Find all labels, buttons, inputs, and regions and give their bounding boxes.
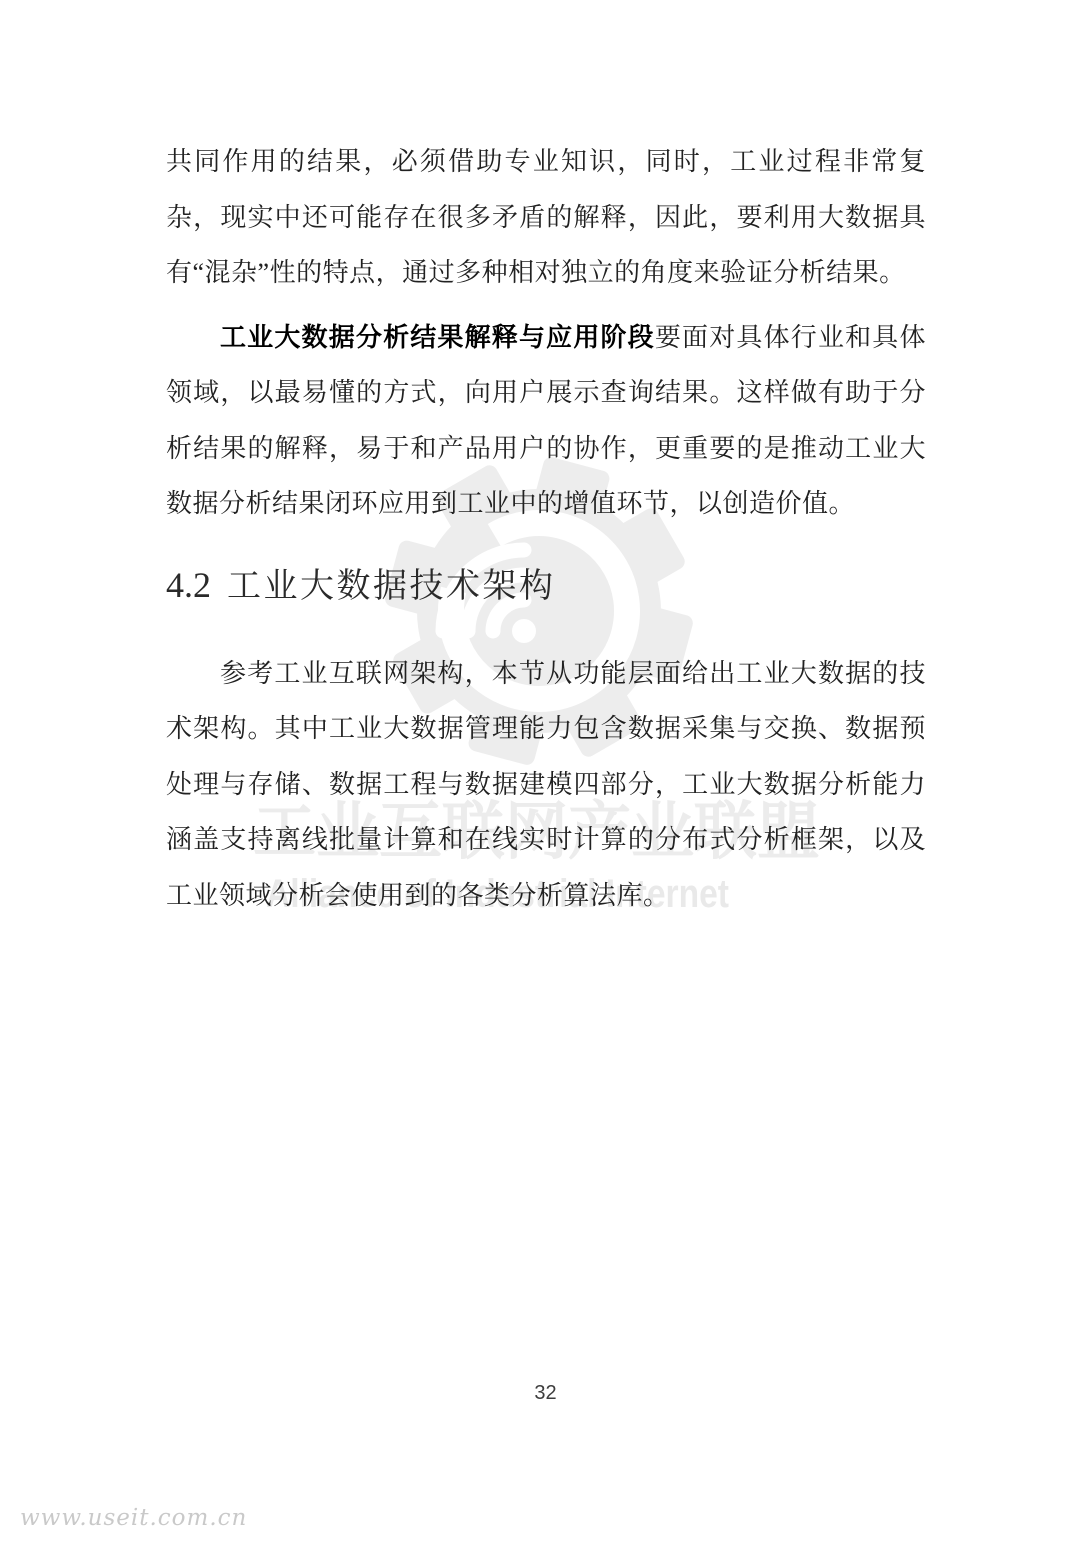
section-number: 4.2 [166, 565, 211, 605]
section-heading-4-2: 4.2工业大数据技术架构 [166, 560, 926, 615]
section-title: 工业大数据技术架构 [227, 568, 556, 605]
document-body: 共同作用的结果，必须借助专业知识，同时，工业过程非常复杂，现实中还可能存在很多矛… [166, 134, 926, 923]
page-number: 32 [0, 1382, 1091, 1405]
body-paragraph-2: 工业大数据分析结果解释与应用阶段要面对具体行业和具体领域，以最易懂的方式，向用户… [166, 310, 926, 532]
body-paragraph-3: 参考工业互联网架构，本节从功能层面给出工业大数据的技术架构。其中工业大数据管理能… [166, 646, 926, 924]
paragraph-2-bold-lead: 工业大数据分析结果解释与应用阶段 [220, 322, 655, 352]
document-page: 工业互联网产业联盟 Alliance of Industrial Interne… [0, 0, 1091, 1544]
body-paragraph-1: 共同作用的结果，必须借助专业知识，同时，工业过程非常复杂，现实中还可能存在很多矛… [166, 134, 926, 301]
site-watermark: www.useit.com.cn [20, 1505, 247, 1531]
